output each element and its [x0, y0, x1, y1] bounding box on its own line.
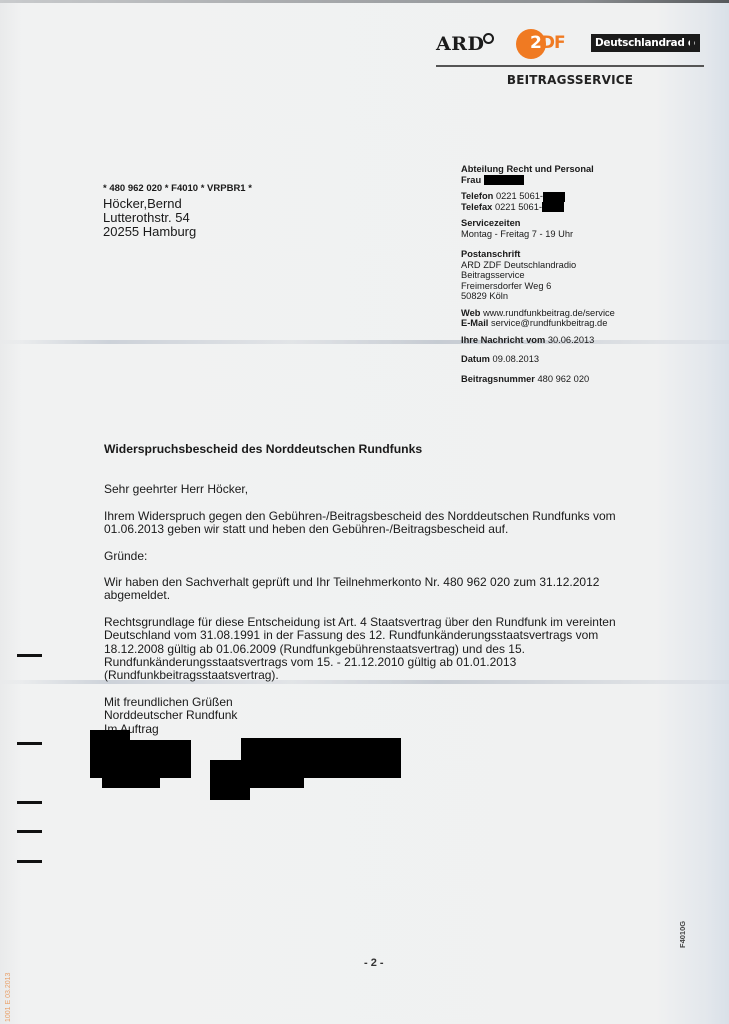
paragraph: Ihrem Widerspruch gegen den Gebühren-/Be…: [104, 510, 634, 537]
email-link[interactable]: service@rundfunkbeitrag.de: [491, 318, 607, 328]
contribution-number-value: 480 962 020: [537, 374, 589, 384]
fax-label: Telefax: [461, 202, 492, 212]
closing: Mit freundlichen Grüßen Norddeutscher Ru…: [104, 696, 644, 736]
closing-line: Mit freundlichen Grüßen: [104, 696, 644, 709]
contact-label: Frau: [461, 175, 481, 185]
date-label: Datum: [461, 354, 490, 364]
redacted-signature: [241, 738, 401, 778]
beitragsservice-label: BEITRAGSSERVICE: [436, 73, 704, 87]
phone-value: 0221 5061-: [496, 191, 543, 201]
your-message-date: 30.06.2013: [548, 335, 595, 345]
postal-line: ARD ZDF Deutschlandradio: [461, 260, 615, 271]
contribution-number-label: Beitragsnummer: [461, 374, 535, 384]
email-label: E-Mail: [461, 318, 488, 328]
your-message-label: Ihre Nachricht vom: [461, 335, 545, 345]
ard-eye-icon: [483, 33, 494, 44]
postal-address-label: Postanschrift: [461, 249, 520, 259]
header-divider: [436, 65, 704, 67]
web-label: Web: [461, 308, 480, 318]
postal-line: Beitragsservice: [461, 270, 615, 281]
deutschlandradio-bars-icon: [684, 34, 700, 52]
redacted-signature: [96, 740, 191, 778]
recipient-name: Höcker,Bernd: [103, 197, 252, 211]
page-number: - 2 -: [364, 957, 384, 969]
deutschlandradio-logo: Deutschlandradio: [591, 34, 699, 52]
fold-mark: [17, 742, 42, 745]
recipient-street: Lutterothstr. 54: [103, 211, 252, 225]
fold-line: [0, 340, 729, 344]
redacted-signature: [210, 760, 250, 800]
date-value: 09.08.2013: [493, 354, 540, 364]
punch-mark: [17, 801, 42, 804]
zdf-logo-df: DF: [541, 33, 565, 53]
recipient-address: * 480 962 020 * F4010 * VRPBR1 * Höcker,…: [103, 182, 252, 239]
letter-subject: Widerspruchsbescheid des Norddeutschen R…: [104, 443, 644, 456]
phone-label: Telefon: [461, 191, 493, 201]
form-code: F4010G: [678, 921, 687, 948]
service-hours-label: Servicezeiten: [461, 218, 520, 228]
letter-body: Widerspruchsbescheid des Norddeutschen R…: [104, 443, 644, 736]
postal-line: Freimersdorfer Weg 6: [461, 281, 615, 292]
redacted-fax-ext: [542, 202, 564, 212]
redacted-signature: [102, 778, 160, 788]
sender-info-block: Abteilung Recht und Personal Frau Telefo…: [461, 164, 615, 390]
paragraph: Wir haben den Sachverhalt geprüft und Ih…: [104, 576, 624, 603]
fax-value: 0221 5061-: [495, 202, 542, 212]
salutation: Sehr geehrter Herr Höcker,: [104, 483, 644, 496]
service-hours-value: Montag - Freitag 7 - 19 Uhr: [461, 229, 615, 240]
closing-line: Norddeutscher Rundfunk: [104, 709, 644, 722]
redacted-signature: [250, 778, 304, 788]
zdf-logo-2: 2: [530, 33, 541, 53]
redacted-contact-name: [484, 175, 524, 185]
scan-top-edge: [0, 0, 729, 3]
redacted-phone-ext: [543, 192, 565, 202]
web-link[interactable]: www.rundfunkbeitrag.de/service: [483, 308, 615, 318]
fold-mark: [17, 654, 42, 657]
recipient-code-line: * 480 962 020 * F4010 * VRPBR1 *: [103, 182, 252, 196]
paragraph: Rechtsgrundlage für diese Entscheidung i…: [104, 616, 636, 683]
paragraph-heading: Gründe:: [104, 550, 644, 563]
punch-mark: [17, 860, 42, 863]
zdf-logo: 2DF: [530, 33, 565, 53]
ard-logo: ARD: [436, 33, 485, 55]
recipient-city: 20255 Hamburg: [103, 225, 252, 239]
department-label: Abteilung Recht und Personal: [461, 164, 594, 174]
closing-line: Im Auftrag: [104, 723, 644, 736]
punch-mark: [17, 830, 42, 833]
postal-line: 50829 Köln: [461, 291, 615, 302]
letter-page: ARD 2DF Deutschlandradio BEITRAGSSERVICE…: [0, 0, 729, 1024]
print-code: 1001 E 03.2013: [5, 973, 12, 1022]
